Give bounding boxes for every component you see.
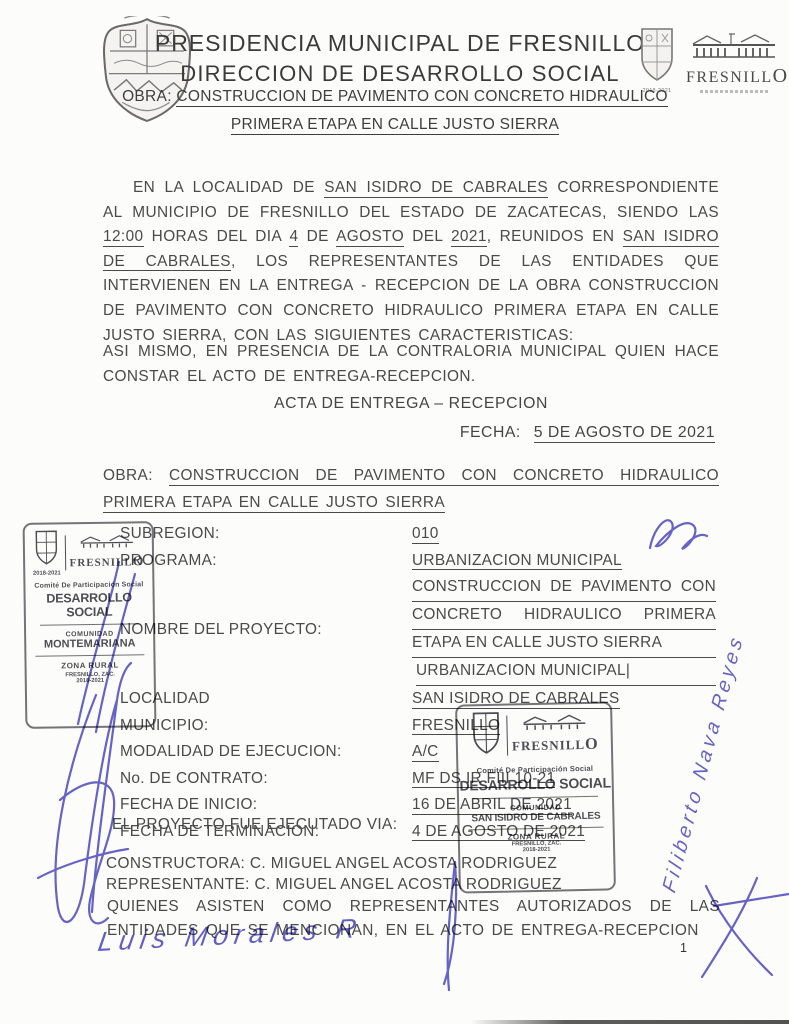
aqueduct-building-icon <box>689 32 779 60</box>
fecha-line: FECHA: 5 DE AGOSTO DE 2021 <box>103 424 715 442</box>
acta-title: ACTA DE ENTREGA – RECEPCION <box>103 395 719 413</box>
fields-table: SUBREGION: 010 PROGRAMA: URBANIZACION MU… <box>120 521 716 845</box>
rubber-stamp-san-isidro: FRESNILLO Comité De Participación Social… <box>455 701 616 893</box>
header-obra-line2: PRIMERA ETAPA EN CALLE JUSTO SIERRA <box>60 116 730 134</box>
scan-edge-artifact <box>470 1020 789 1024</box>
field-row-programa: PROGRAMA: URBANIZACION MUNICIPAL <box>120 548 716 575</box>
header-titles: PRESIDENCIA MUNICIPAL DE FRESNILLO DIREC… <box>150 30 650 87</box>
fecha-value: 5 DE AGOSTO DE 2021 <box>534 424 715 443</box>
obra-value-line1: CONSTRUCCION DE PAVIMENTO CON CONCRETO H… <box>169 467 719 486</box>
field-row-localidad: LOCALIDAD SAN ISIDRO DE CABRALES <box>120 686 716 713</box>
field-row-inicio: FECHA DE INICIO: 16 DE ABRIL DE 2021 <box>120 792 716 819</box>
obra-block: OBRA: CONSTRUCCION DE PAVIMENTO CON CONC… <box>103 462 719 516</box>
contraloria-paragraph: ASI MISMO, EN PRESENCIA DE LA CONTRALORI… <box>103 340 719 389</box>
aqueduct-building-icon <box>78 534 136 549</box>
stamp-fresnillo-logo: FRESNILLO <box>64 534 144 570</box>
page-subtitle: DIRECCION DE DESARROLLO SOCIAL <box>150 61 650 87</box>
field-row-subregion: SUBREGION: 010 <box>120 521 716 548</box>
field-row-proyecto: NOMBRE DEL PROYECTO: CONSTRUCCION DE PAV… <box>120 574 716 686</box>
field-row-modalidad: MODALIDAD DE EJECUCION: A/C <box>120 739 716 766</box>
intro-paragraph: EN LA LOCALIDAD DE SAN ISIDRO DE CABRALE… <box>103 176 719 348</box>
document-page: PRESIDENCIA MUNICIPAL DE FRESNILLO DIREC… <box>0 0 789 1024</box>
fresnillo-wordmark: FRESNILLO <box>686 65 782 88</box>
stamp-shield-icon <box>469 711 503 761</box>
fecha-label: FECHA: <box>460 424 521 441</box>
stamp-fresnillo-logo: FRESNILLO <box>506 713 598 755</box>
page-title: PRESIDENCIA MUNICIPAL DE FRESNILLO <box>150 30 650 57</box>
field-row-municipio: MUNICIPIO: FRESNILLO <box>120 713 716 740</box>
field-row-contrato: No. DE CONTRATO: MF DS IR FIII 10-21 <box>120 766 716 793</box>
ejecutado-via-line: EL PROYECTO FUE EJECUTADO VIA: <box>112 816 397 834</box>
header-obra-line1: OBRA: CONSTRUCCION DE PAVIMENTO CON CONC… <box>60 88 730 106</box>
page-number: 1 <box>680 941 687 955</box>
aqueduct-building-icon <box>520 713 590 730</box>
obra-label: OBRA: <box>103 467 153 484</box>
rubber-stamp-montemariana: 2018-2021 FRESNILLO Comité De Participac… <box>23 521 157 729</box>
stamp-shield-icon: 2018-2021 <box>32 529 60 576</box>
obra-value-line2: PRIMERA ETAPA EN CALLE JUSTO SIERRA <box>103 494 445 513</box>
